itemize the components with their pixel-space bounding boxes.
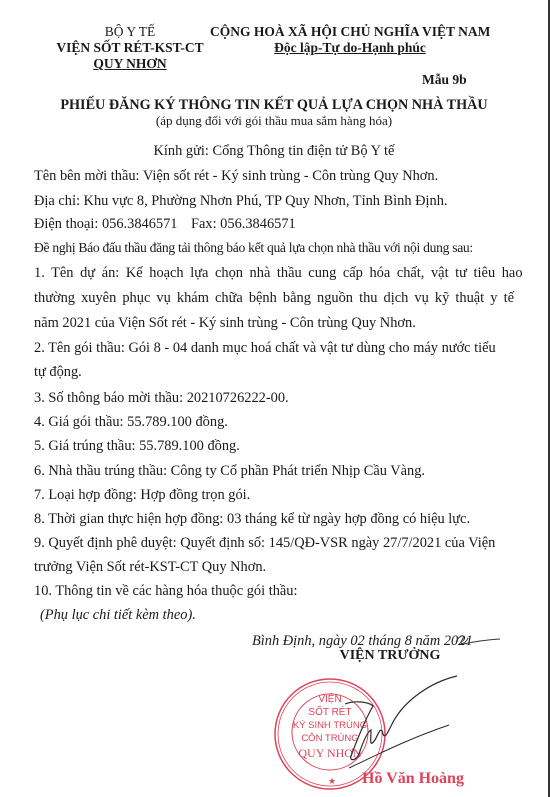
appendix-note: (Phụ lục chi tiết kèm theo). [40, 607, 196, 624]
item-6: 6. Nhà thầu trúng thầu: Công ty Cổ phần … [34, 463, 425, 480]
phone-line: Điện thoại: 056.3846571 [34, 216, 178, 233]
item-10: 10. Thông tin về các hàng hóa thuộc gói … [34, 583, 298, 600]
initial-mark-icon [452, 628, 502, 650]
national-title: CỘNG HOÀ XÃ HỘI CHỦ NGHĨA VIỆT NAM [210, 23, 490, 40]
item-1-line-2: thường xuyên phục vụ khám chữa bệnh bằng… [34, 290, 514, 307]
item-4: 4. Giá gói thầu: 55.789.100 đồng. [34, 414, 228, 431]
ministry-name: BỘ Y TẾ [60, 23, 200, 40]
document-title: PHIẾU ĐĂNG KÝ THÔNG TIN KẾT QUẢ LỰA CHỌN… [0, 97, 548, 114]
item-9-line-2: trưởng Viện Sốt rét-KST-CT Quy Nhơn. [34, 559, 266, 576]
item-1-line-1: 1. Tên dự án: Kế hoạch lựa chọn nhà thầu… [34, 265, 523, 282]
national-motto: Độc lập-Tự do-Hạnh phúc [260, 39, 440, 56]
institute-location: QUY NHƠN [60, 55, 200, 72]
handwritten-signature-icon [335, 670, 465, 780]
document-page: BỘ Y TẾ VIỆN SỐT RÉT-KST-CT QUY NHƠN CỘN… [0, 0, 550, 797]
salutation: Kính gửi: Cổng Thông tin điện tử Bộ Y tế [0, 143, 548, 160]
inviter-line: Tên bên mời thầu: Viện sốt rét - Ký sinh… [34, 168, 438, 185]
form-code: Mẫu 9b [422, 71, 467, 88]
fax-line: Fax: 056.3846571 [191, 216, 296, 233]
document-subtitle: (áp dụng đối với gói thầu mua sắm hàng h… [0, 113, 548, 129]
request-line: Đề nghị Báo đấu thầu đăng tải thông báo … [34, 240, 473, 256]
item-2-line-1: 2. Tên gói thầu: Gói 8 - 04 danh mục hoá… [34, 340, 496, 357]
item-1-line-3: năm 2021 của Viện Sốt rét - Ký sinh trùn… [34, 315, 416, 332]
institute-name: VIỆN SỐT RÉT-KST-CT [20, 39, 240, 56]
item-3: 3. Số thông báo mời thầu: 20210726222-00… [34, 390, 289, 407]
item-2-line-2: tự động. [34, 364, 82, 381]
position-title: VIỆN TRƯỞNG [300, 648, 480, 664]
address-line: Địa chỉ: Khu vực 8, Phường Nhơn Phú, TP … [34, 193, 448, 210]
item-9-line-1: 9. Quyết định phê duyệt: Quyết định số: … [34, 535, 495, 552]
item-8: 8. Thời gian thực hiện hợp đồng: 03 thán… [34, 511, 470, 528]
item-5: 5. Giá trúng thầu: 55.789.100 đồng. [34, 438, 240, 455]
signer-name: Hồ Văn Hoàng [362, 770, 464, 788]
item-7: 7. Loại hợp đồng: Hợp đồng trọn gói. [34, 487, 250, 504]
